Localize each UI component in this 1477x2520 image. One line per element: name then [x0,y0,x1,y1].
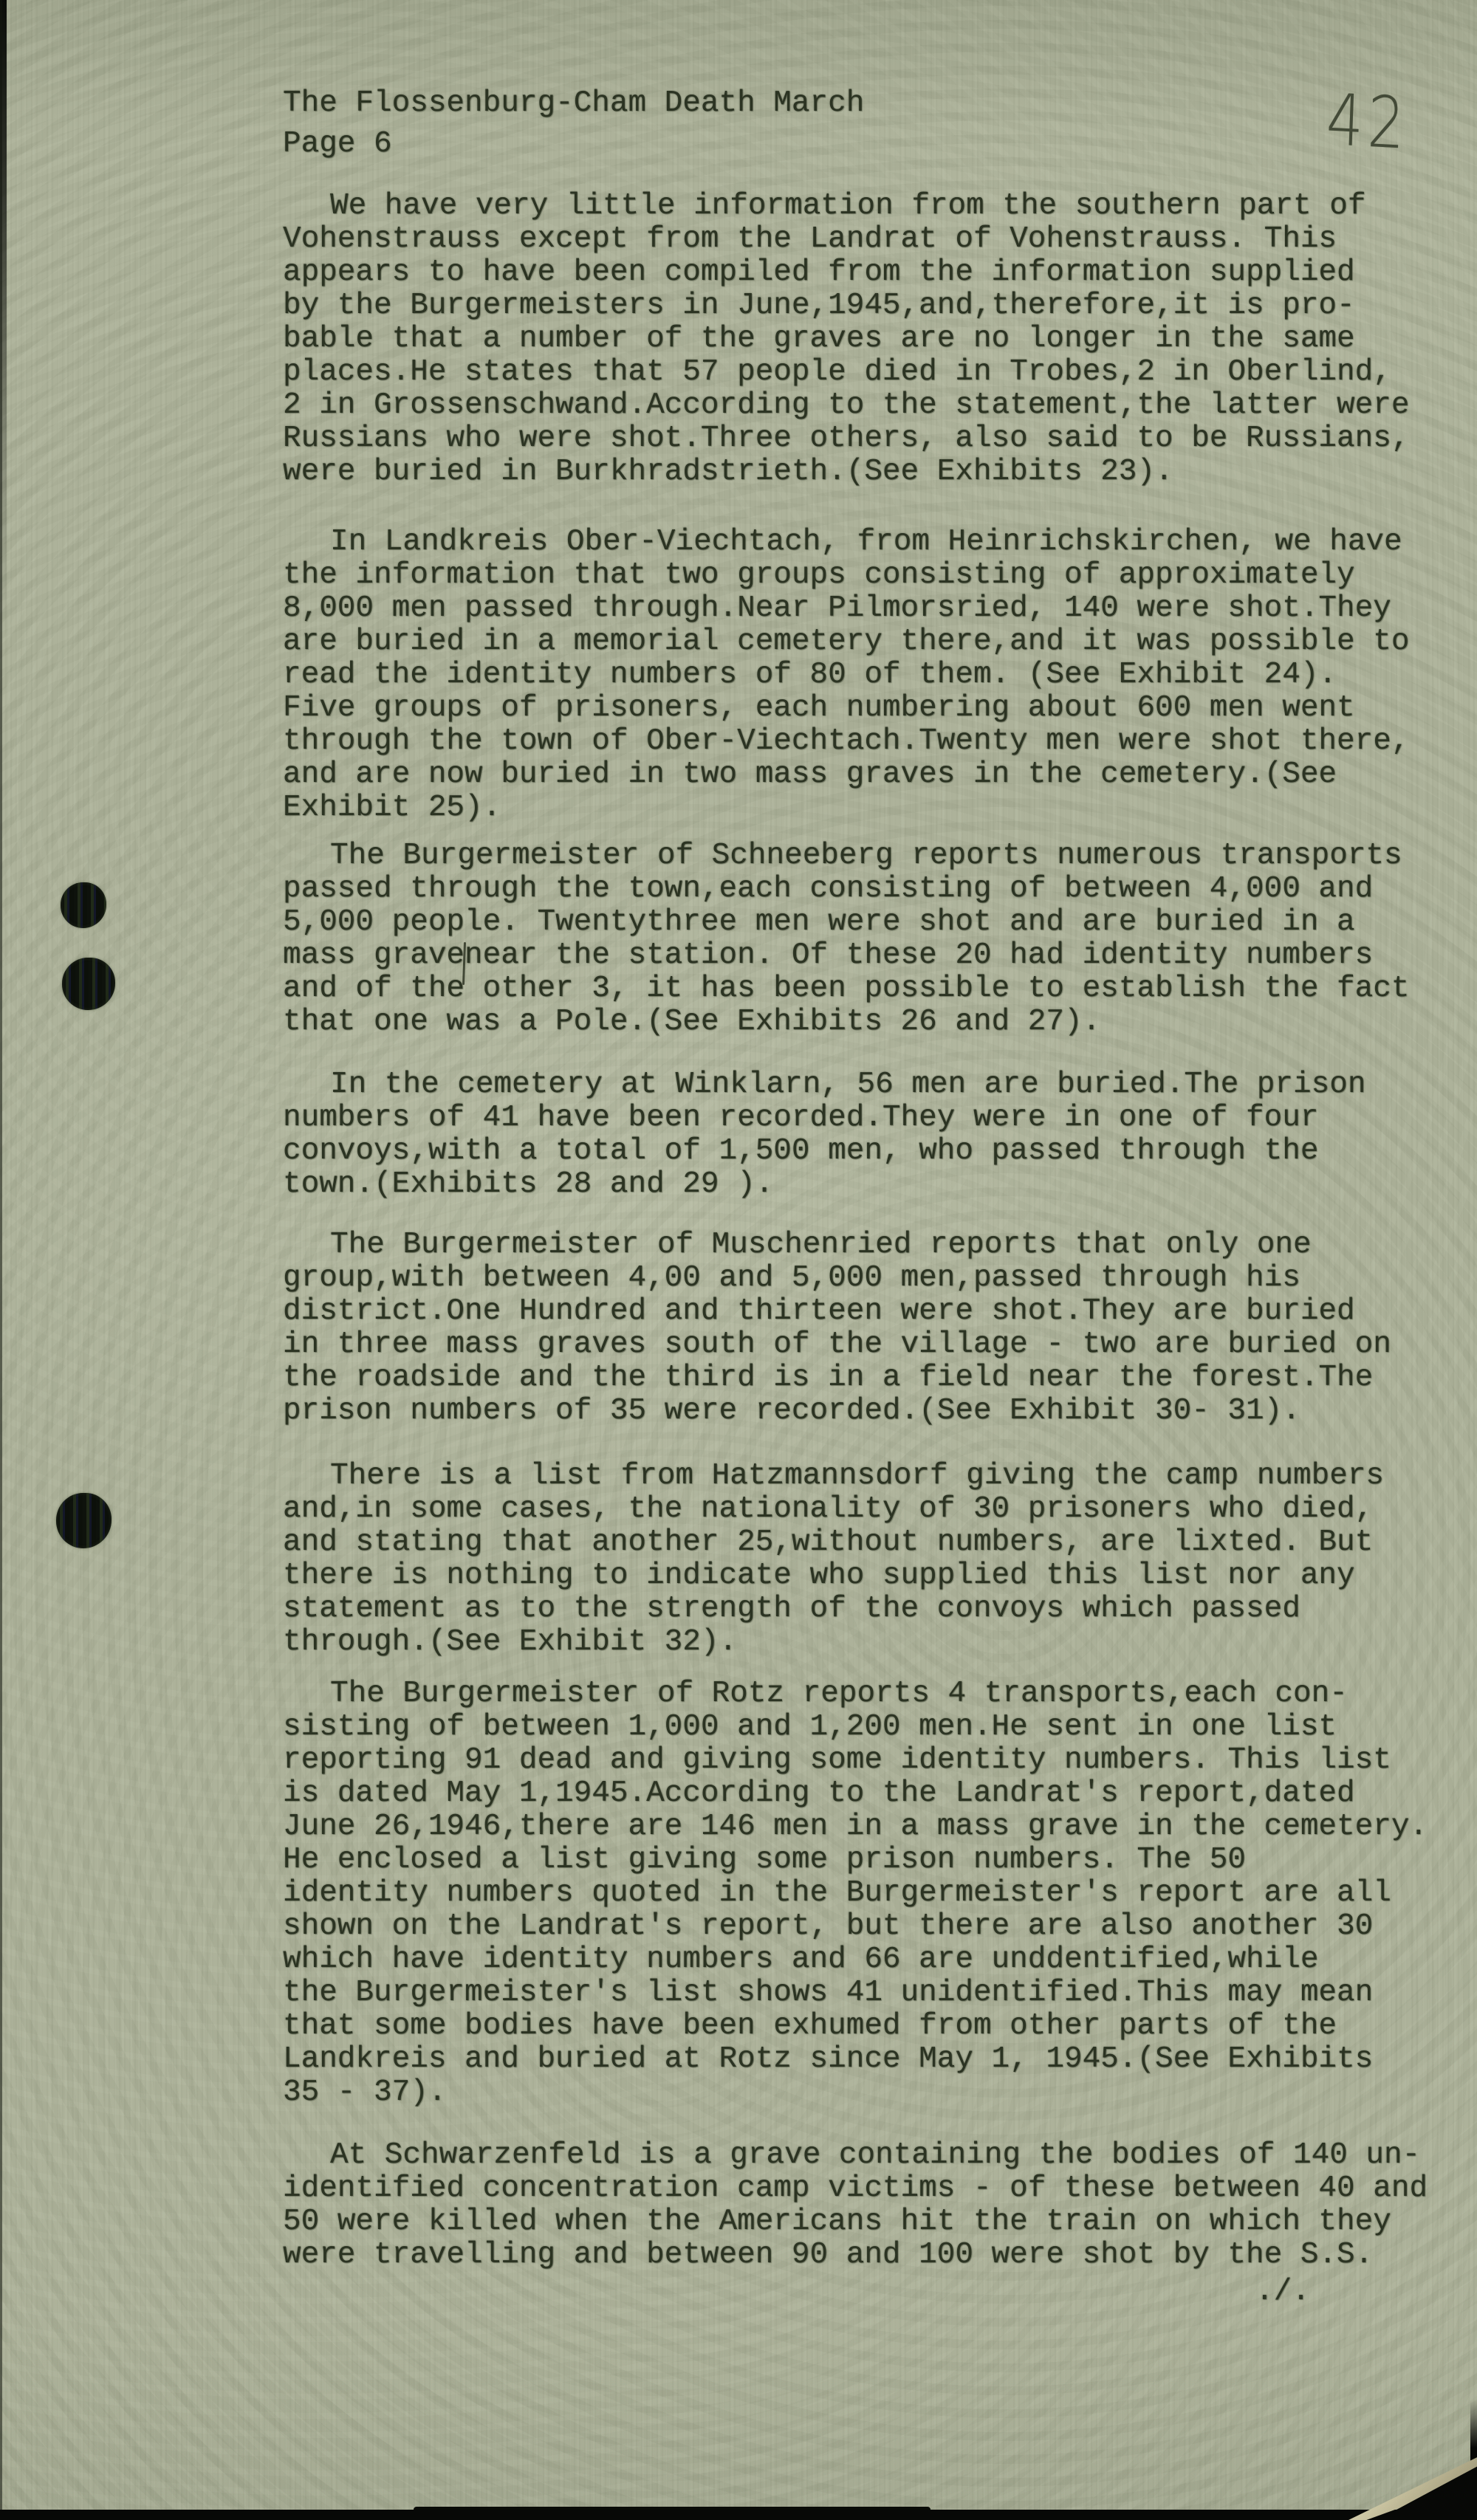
typed-text-layer: The Flossenburg-Cham Death March Page 6 … [0,0,1477,2520]
paragraph-rotz: The Burgermeister of Rotz reports 4 tran… [283,1678,1435,2109]
document-header: The Flossenburg-Cham Death March Page 6 [283,87,864,161]
paragraph-muschenried: The Burgermeister of Muschenried reports… [283,1229,1435,1428]
paragraph-vohenstrauss: We have very little information from the… [283,190,1435,489]
punch-hole-middle [62,958,115,1010]
paragraph-schneeberg: The Burgermeister of Schneeberg reports … [283,840,1435,1039]
paragraph-schwarzenfeld: At Schwarzenfeld is a grave containing t… [283,2139,1435,2272]
paragraph-ober-viechtach: In Landkreis Ober-Viechtach, from Heinri… [283,526,1435,825]
document-title: The Flossenburg-Cham Death March [283,87,864,120]
scan-edge-bottom [0,2510,1477,2520]
end-of-page-mark: ./. [1255,2276,1310,2309]
page-label: Page 6 [283,128,864,161]
scan-edge-left-line [0,0,2,2520]
paragraph-hatzmannsdorf: There is a list from Hatzmannsdorf givin… [283,1460,1435,1659]
handwritten-page-number: 42 [1325,83,1410,161]
scanned-document-page: The Flossenburg-Cham Death March Page 6 … [0,0,1477,2520]
paragraph-winklarn: In the cemetery at Winklarn, 56 men are … [283,1068,1435,1201]
punch-hole-top [61,882,106,928]
punch-hole-bottom [56,1493,112,1548]
